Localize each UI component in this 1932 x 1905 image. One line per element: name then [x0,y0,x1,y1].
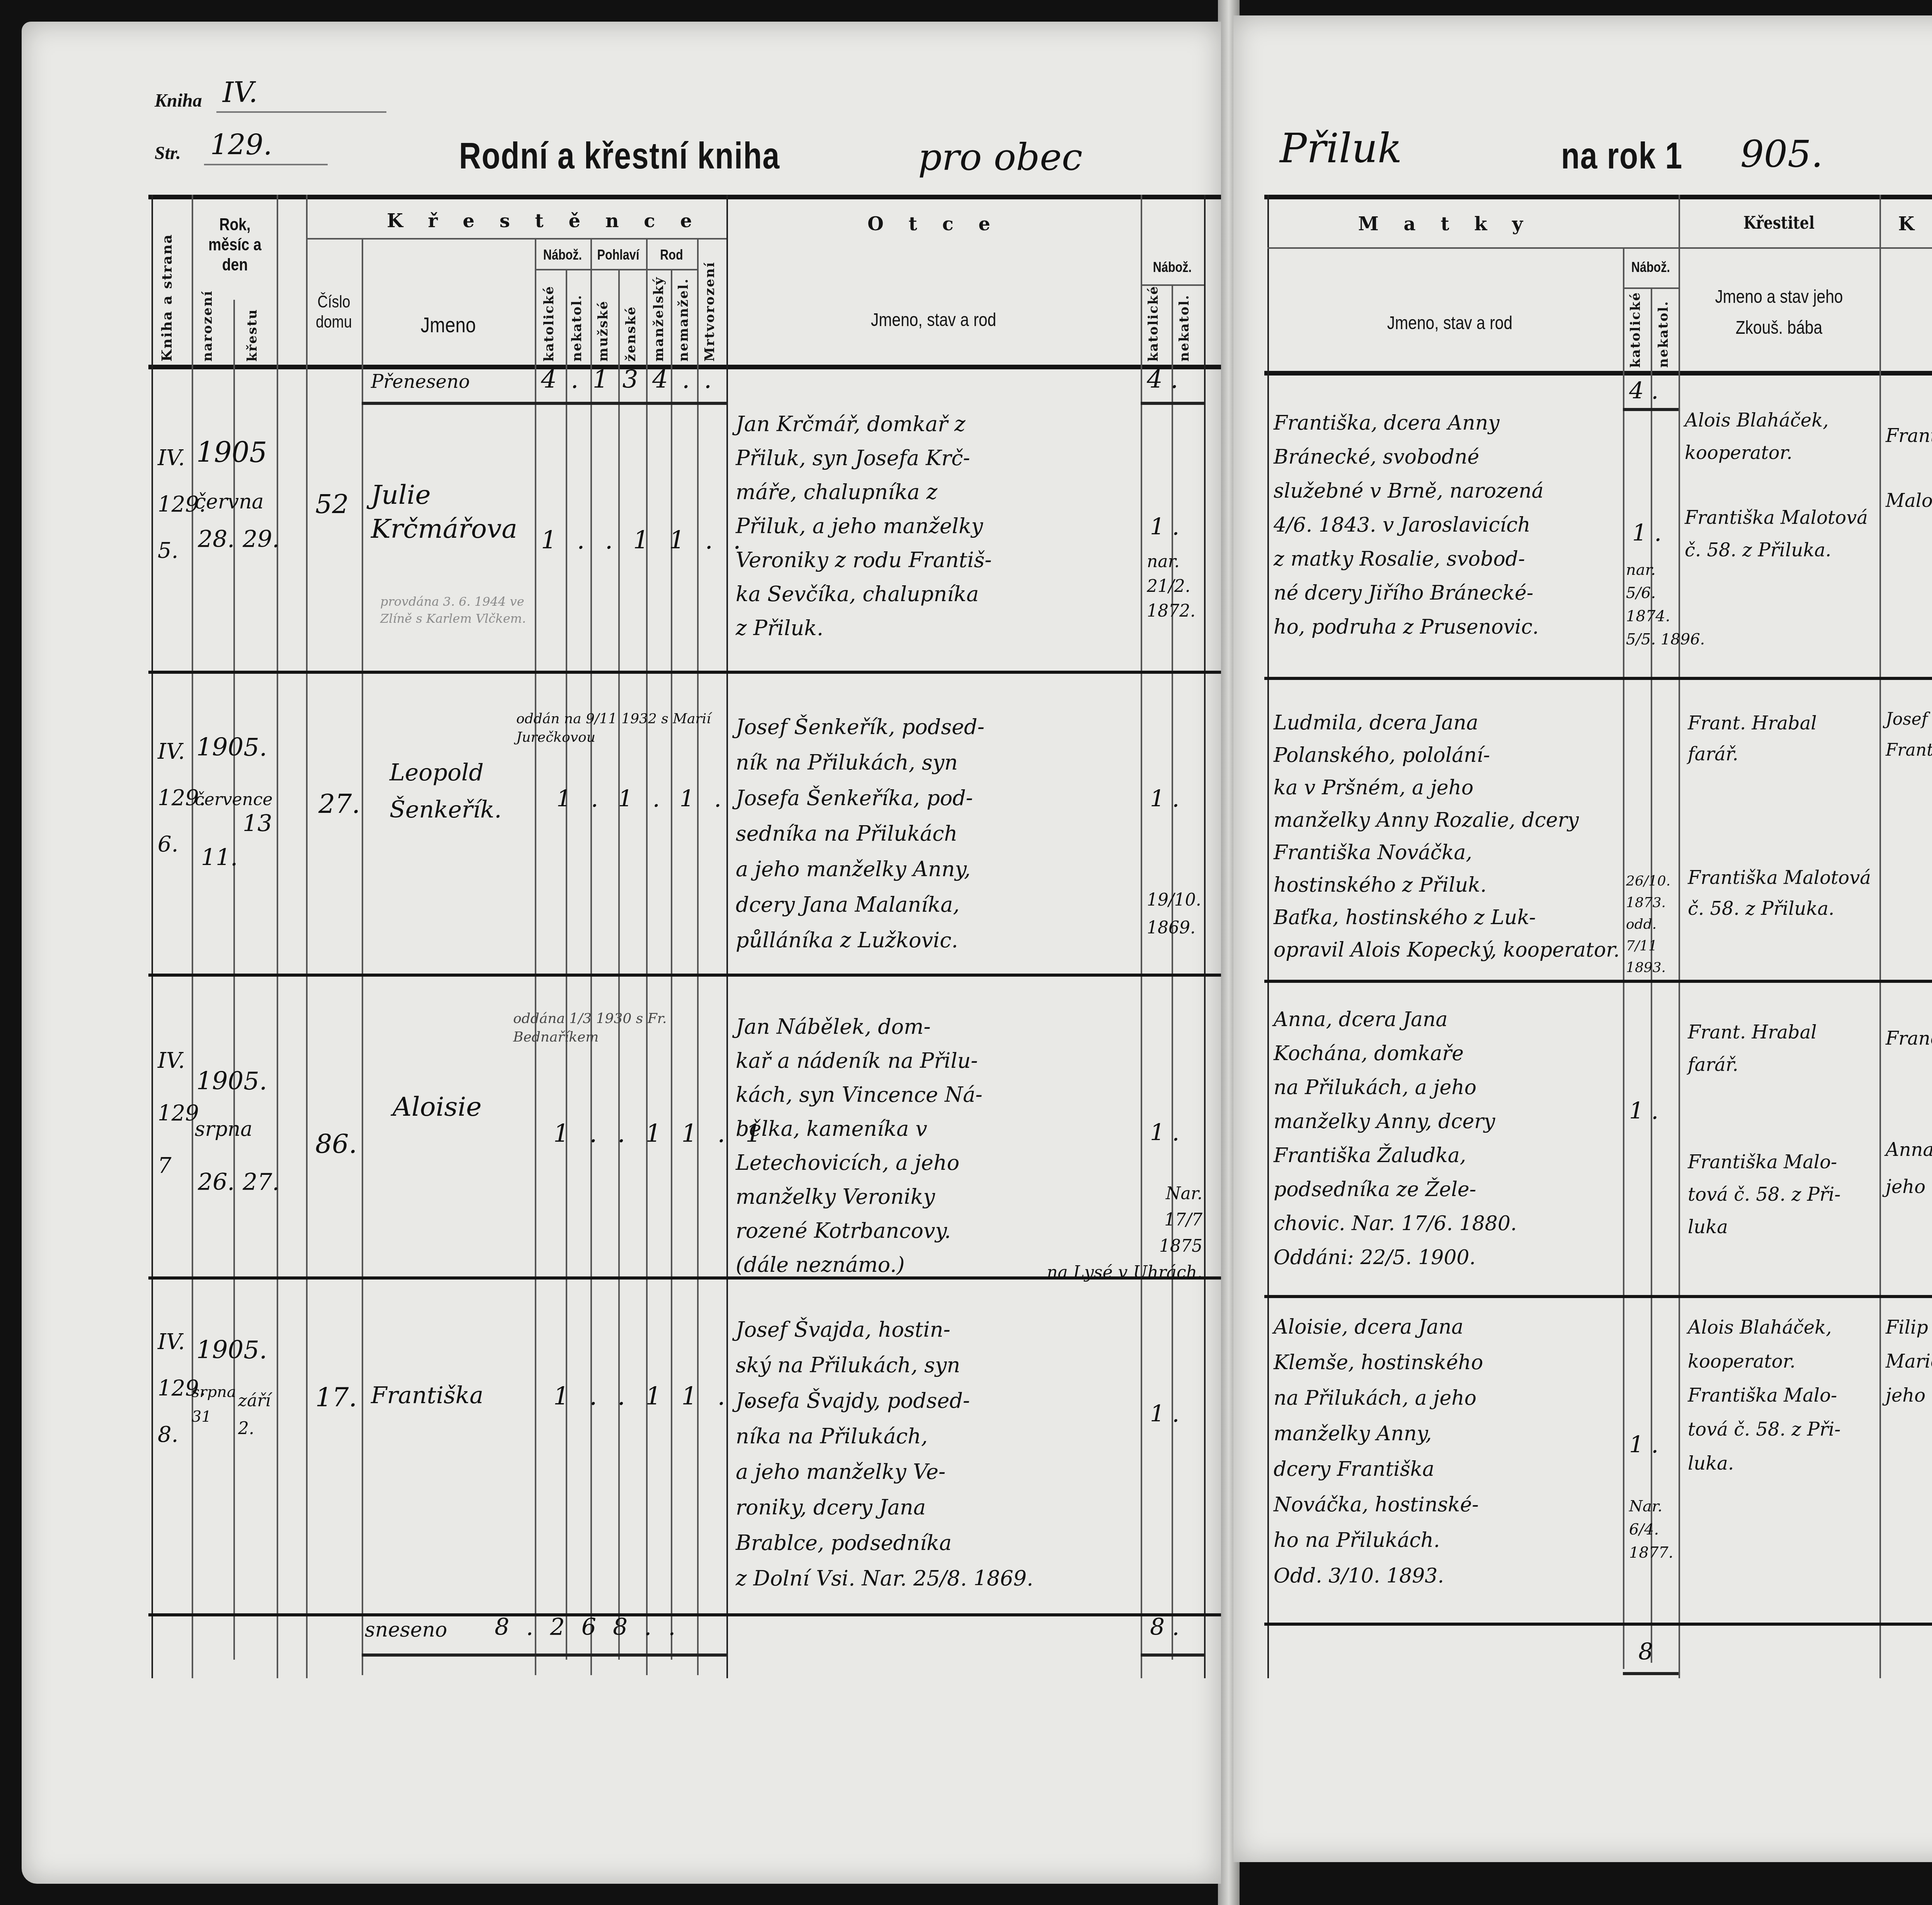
entry-godparent-name: Filip Švajda Marie, jeho manželka. [1886,1310,1932,1412]
na-rok-label: na rok 1 [1561,136,1683,179]
totals-label: sneseno [365,1620,447,1643]
col-matky-nekatol: nekatol. [1657,309,1672,368]
register-scan: Kniha IV. Str. 129. Rodní a křestní knih… [0,0,1932,1905]
entry-house-no: 52 [315,488,349,522]
col-otce-katolicke: katolické [1147,291,1162,362]
rok-value: 905. [1740,133,1823,176]
entry-book-page: IV. 129. 6. [158,729,192,868]
entry-mother-naboz: 1 . [1629,1431,1658,1460]
entry-baptism-day: 29. [243,525,279,555]
entry-margin-note: oddán na 9/11 1932 s Marií Jurečkovou [516,711,717,748]
col-naboz: Nábož. [539,247,586,264]
entry-baptizer: Frant. Hrabal farář. Františka Malo- tov… [1688,1017,1879,1244]
col-nemanzel: nemanžel. [677,284,692,362]
col-otce: O t c e [726,213,1141,236]
entry-tallies: 1 . 1 . 1 . [556,785,728,814]
entry-book-page: IV. 129. 5. [158,436,192,575]
entry-baptism-day: 27. [243,1168,279,1198]
entry-month: srpna 31 [192,1382,236,1431]
entry-house-no: 86. [315,1128,357,1162]
col-narozeni: narození [201,300,216,362]
entry-birth-day: 26. [198,1168,235,1198]
carried-forward-father-naboz: 4 . [1147,365,1178,394]
entry-tallies: 1 . . 1 1 . 1 [553,1119,767,1148]
col-nekatol: nekatol. [570,284,586,362]
entry-mother: Františka, dcera Anny Bránecké, svobodné… [1274,408,1623,646]
col-kmotr-jmeno: Jmeno [1892,306,1932,328]
title-pro-obec: pro obec [918,136,1083,179]
col-otce-naboz: Nábož. [1145,260,1199,276]
entry-mother: Aloisie, dcera Jana Klemše, hostinského … [1274,1310,1623,1595]
entry-child-name: Aloisie [393,1091,481,1125]
totals-father-naboz: 8 . [1150,1613,1179,1641]
col-pohlavi: Pohlaví [595,247,642,264]
entry-baptism-day: 13 [243,810,272,839]
entry-house-no: 27. [318,788,360,822]
entry-house-no: 17. [315,1382,357,1416]
col-zenske: ženské [624,291,640,362]
entry-child-name: Františka [371,1382,483,1411]
entry-mother-naboz: 1 . [1629,1097,1658,1127]
entry-baptizer: Alois Blaháček, kooperator. Františka Ma… [1688,1310,1879,1480]
header-bottom-rule [1264,371,1932,376]
col-matky-naboz: Nábož. [1627,260,1674,276]
col-otce-jmeno: Jmeno, stav a rod [763,309,1104,331]
entry-godparent-name: Františka Malotova, [1886,420,1932,518]
carried-forward-values: 4 . 1 3 4 . . [541,365,715,394]
str-value: 129. [210,130,272,162]
entry-father-naboz: 1 . [1150,1400,1179,1429]
entry-year: 1905. [196,1335,267,1365]
col-matky-jmeno: Jmeno, stav a rod [1305,312,1594,335]
col-cislo-domu: Číslo domu [310,294,357,335]
col-matky-katolicke: katolické [1629,300,1645,368]
entry-godparent-name: Josef Skalička Františka [1886,705,1932,766]
table-top-rule [1264,195,1932,199]
entry-child-name: Julie Krčmářova [371,479,517,547]
col-krestitel: Křestitel [1694,213,1864,234]
entry-father-birth: nar. 21/2. 1872. [1147,550,1202,624]
col-muzske: mužské [597,287,612,362]
entry-book-page: IV. 129. 8. [158,1320,192,1459]
entry-mother-birth: 26/10. 1873. odd. 7/11 1893. [1626,872,1682,980]
col-krestitel-sub: Jmeno a stav jeho Zkouš. bába [1694,281,1864,344]
col-otce-nekatol: nekatol. [1178,300,1193,362]
col-rod: Rod [650,247,693,264]
entry-mother-birth: Nar. 6/4. 1877. [1629,1496,1679,1565]
entry-mother: Ludmila, dcera Jana Polanského, pololání… [1274,708,1623,967]
totals-values: 8 . 2 6 8 . . [495,1613,680,1641]
right-page: Přiluk na rok 1 905. M a t k y Jmeno, st… [1233,15,1932,1862]
entry-father: Jan Krčmář, domkař z Přiluk, syn Josefa … [736,408,1141,646]
entry-year: 1905 [196,439,267,468]
entry-mother: Anna, dcera Jana Kochána, domkaře na Při… [1274,1004,1623,1276]
entry-book-page: IV. 129 7 [158,1035,192,1193]
totals-mother-naboz: 8 [1638,1638,1653,1666]
entry-mother-naboz: 1 . [1632,519,1662,549]
entry-month: června [195,488,264,518]
col-jmeno: Jmeno [388,312,509,338]
entry-birth-day: 11. [201,844,238,873]
entry-tallies: 1 . . 1 1 . . [541,525,747,555]
entry-godparent-name: Franc Ondříček Anna, jeho manželka. [1886,1020,1932,1205]
table-top-rule [148,195,1221,199]
col-mrtvorozeni: Mrtvorození [703,253,719,362]
carried-forward-label: Přeneseno [371,371,470,393]
entry-father-birth: Nar. 17/7 1875 na Lysé v Uhrách. [995,1181,1202,1286]
obec-name: Přiluk [1280,127,1402,173]
entry-year: 1905. [196,732,267,762]
entry-year: 1905. [196,1066,267,1096]
kniha-label: Kniha [155,90,202,113]
col-katolicke: katolické [543,275,558,362]
col-rok-mesic-den: Rok, měsíc a den [198,216,272,277]
entry-baptism-day: září 2. [238,1388,271,1443]
entry-mother-birth: nar. 5/6. 1874. 5/5. 1896. [1626,559,1719,652]
entry-margin-note: oddána 1/3 1930 s Fr. Bednaříkem [513,1011,730,1048]
entry-baptizer: Alois Blaháček, kooperator. Františka Ma… [1685,405,1879,567]
col-krestu: křestu [246,309,261,362]
page-title: Rodní a křestní kniha [459,136,780,179]
col-manzelsky: manželský [652,278,668,362]
entry-child-name: Leopold Šenkeřík. [389,754,502,828]
entry-baptizer: Frant. Hrabal farář. Františka Malotová … [1688,708,1879,924]
entry-margin-note: provdána 3. 6. 1944 ve Zlíně s Karlem Vl… [380,593,550,627]
col-kmotruv: K m o t r ů v [1879,213,1932,236]
entry-tallies: 1 . . 1 1 . . [553,1382,760,1411]
col-krestence: K ř e s t ě n c e [362,210,726,233]
col-kniha-a-strana: Kniha a strana [161,223,176,362]
left-page: Kniha IV. Str. 129. Rodní a křestní knih… [22,22,1221,1884]
kniha-value: IV. [223,77,258,110]
entry-father-birth: 19/10. 1869. [1147,887,1202,943]
entry-father-naboz: 1 . [1150,1119,1179,1148]
entry-father: Josef Švajda, hostin- ský na Přilukách, … [736,1314,1141,1598]
entry-father: Josef Šenkeřík, podsed- ník na Přilukách… [736,711,1141,960]
entry-birth-day: 28. [198,525,235,555]
entry-father-naboz: 1 . [1150,785,1179,814]
carried-forward-mother-naboz: 4 . [1629,377,1658,405]
entry-father-naboz: 1 . [1150,513,1179,542]
col-matky: M a t k y [1267,213,1623,236]
entry-month: srpna [195,1116,252,1145]
str-label: Str. [155,142,181,165]
